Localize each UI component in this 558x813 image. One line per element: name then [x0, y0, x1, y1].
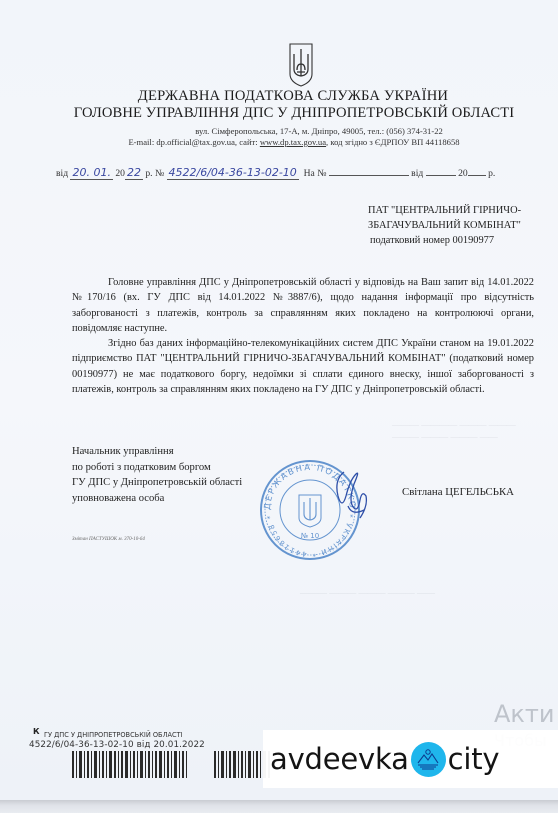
- number-label: р. №: [145, 168, 164, 179]
- windows-activation-title: Акти: [494, 700, 555, 728]
- registration-number: 4522/6/04-36-13-02-10 від 20.01.2022: [29, 740, 205, 750]
- body-paragraph-1: Головне управління ДПС у Дніпропетровськ…: [72, 275, 534, 336]
- signatory-title-line-4: уповноважена особа: [72, 491, 242, 507]
- executor-note: Змітан ПАСТУШОК м. 370-10-64: [72, 537, 145, 542]
- body-paragraph-2: Згідно баз даних інформаційно-телекомуні…: [72, 336, 534, 397]
- agency-contacts: E-mail: dp.official@tax.gov.ua, сайт: ww…: [0, 137, 558, 147]
- addressee-line-1: ПАТ "ЦЕНТРАЛЬНИЙ ГІРНИЧО-: [368, 203, 521, 218]
- signatory-title: Начальник управління по роботі з податко…: [72, 444, 242, 506]
- website-link[interactable]: www.dp.tax.gov.ua: [260, 137, 326, 147]
- registration-mark: К: [33, 727, 40, 736]
- handwritten-outgoing-number: 4522/6/04-36-13-02-10: [167, 166, 299, 180]
- edrpou-code: , код згідно з ЄДРПОУ ВП 44118658: [326, 137, 460, 147]
- incoming-date-blank: [426, 166, 456, 176]
- incoming-number-blank: [329, 166, 409, 176]
- signatory-name: Світлана ЦЕГЕЛЬСЬКА: [402, 486, 514, 498]
- reference-line: від 20. 01. 2022 р. № 4522/6/04-36-13-02…: [56, 166, 495, 179]
- incoming-number-label: На №: [304, 168, 327, 179]
- ukraine-trident-emblem-icon: [287, 42, 315, 88]
- handwritten-signature-icon: [330, 466, 370, 528]
- email-text: E-mail: dp.official@tax.gov.ua, сайт:: [128, 137, 259, 147]
- incoming-year-prefix: 20: [458, 168, 468, 179]
- addressee-line-2: ЗБАГАЧУВАЛЬНИЙ КОМБІНАТ": [368, 218, 521, 233]
- signatory-title-line-2: по роботі з податковим боргом: [72, 460, 242, 476]
- from-label: від: [56, 168, 68, 179]
- site-watermark: avdeevka city: [263, 730, 558, 788]
- incoming-year-blank: [468, 166, 486, 176]
- watermark-text-right: city: [448, 745, 500, 774]
- year-prefix: 20: [115, 168, 125, 179]
- bleed-through-text: ——— ———— ——— ———: [392, 420, 516, 430]
- letter-body: Головне управління ДПС у Дніпропетровськ…: [72, 275, 534, 397]
- svg-text:№ 10: № 10: [301, 532, 319, 540]
- barcode-icon: [72, 751, 272, 778]
- registration-office: ГУ ДПС У ДНІПРОПЕТРОВСЬКІЙ ОБЛАСТІ: [44, 731, 183, 739]
- incoming-r-label: р.: [488, 168, 495, 179]
- addressee-tax-number: податковий номер 00190977: [368, 233, 521, 248]
- incoming-from-label: від: [411, 168, 423, 179]
- handwritten-date: 20. 01.: [70, 166, 112, 180]
- agency-title: ДЕРЖАВНА ПОДАТКОВА СЛУЖБА УКРАЇНИ: [0, 88, 558, 105]
- addressee-block: ПАТ "ЦЕНТРАЛЬНИЙ ГІРНИЧО- ЗБАГАЧУВАЛЬНИЙ…: [368, 203, 521, 248]
- signatory-title-line-1: Начальник управління: [72, 444, 242, 460]
- watermark-text-left: avdeevka: [270, 745, 409, 774]
- page-bottom-edge: [0, 800, 558, 813]
- signatory-title-line-3: ГУ ДПС у Дніпропетровській області: [72, 475, 242, 491]
- handwritten-year: 22: [125, 166, 143, 180]
- mountain-logo-icon: [411, 742, 446, 777]
- department-title: ГОЛОВНЕ УПРАВЛІННЯ ДПС У ДНІПРОПЕТРОВСЬК…: [0, 105, 558, 122]
- bleed-through-text: ——— ——— ——— ——— ——: [300, 588, 435, 598]
- bleed-through-text: ——— ——— ——— ——: [392, 432, 498, 442]
- agency-address: вул. Сімферопольська, 17-А, м. Дніпро, 4…: [0, 126, 558, 136]
